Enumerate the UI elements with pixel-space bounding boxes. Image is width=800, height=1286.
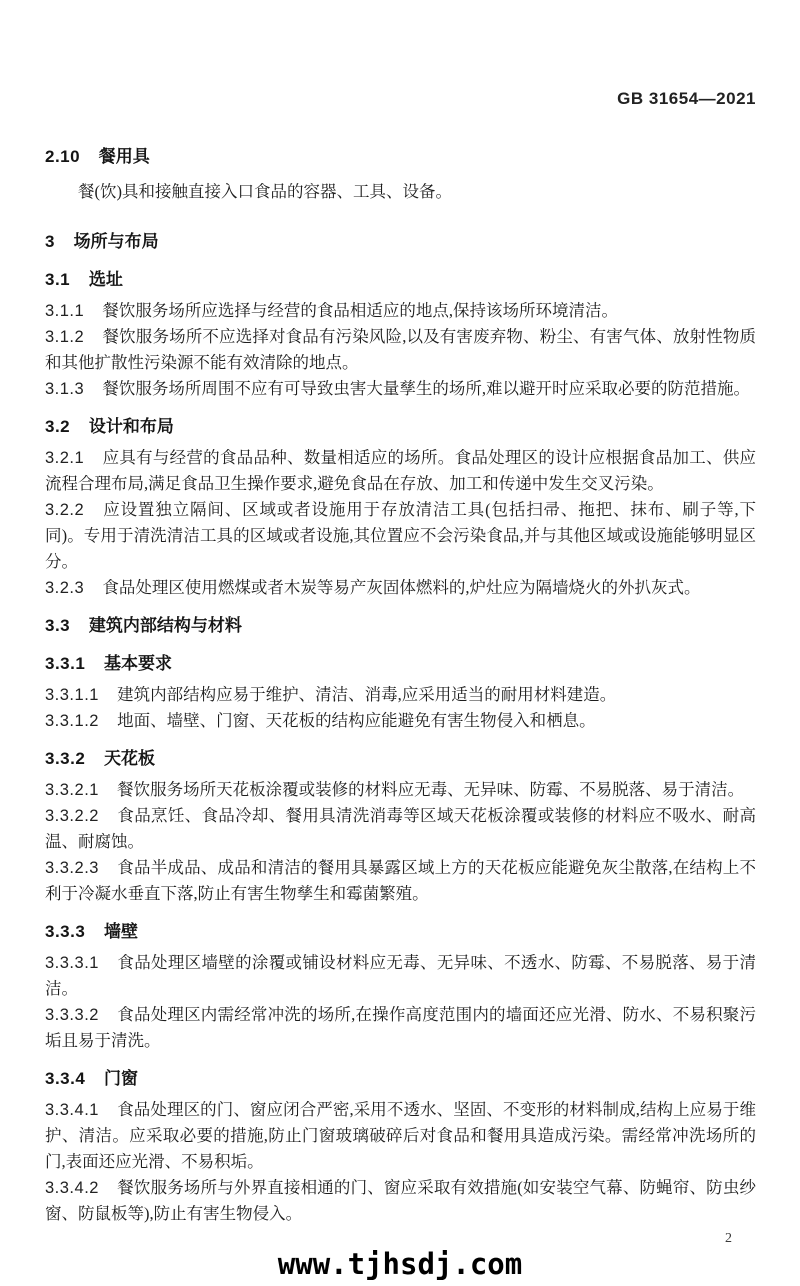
- heading-title: 设计和布局: [89, 417, 174, 436]
- clause-3-3-4-2: 3.3.4.2餐饮服务场所与外界直接相通的门、窗应采取有效措施(如安装空气幕、防…: [45, 1175, 756, 1227]
- heading-title: 场所与布局: [74, 232, 159, 251]
- heading-number: 3: [45, 232, 55, 251]
- clause-number: 3.3.1.2: [45, 712, 99, 730]
- clause-number: 3.3.4.2: [45, 1179, 99, 1197]
- clause-number: 3.3.2.2: [45, 807, 99, 825]
- heading-title: 基本要求: [104, 654, 172, 673]
- clause-number: 3.2.2: [45, 501, 84, 519]
- clause-number: 3.3.2.3: [45, 859, 99, 877]
- clause-text: 建筑内部结构应易于维护、清洁、消毒,应采用适当的耐用材料建造。: [117, 685, 616, 704]
- clause-3-2-2: 3.2.2应设置独立隔间、区域或者设施用于存放清洁工具(包括扫帚、拖把、抹布、刷…: [45, 497, 756, 575]
- heading-title: 餐用具: [99, 147, 150, 166]
- standard-number-header: GB 31654—2021: [45, 90, 756, 108]
- heading-number: 2.10: [45, 147, 80, 166]
- clause-number: 3.1.2: [45, 328, 84, 346]
- clause-3-1-3: 3.1.3餐饮服务场所周围不应有可导致虫害大量孳生的场所,难以避开时应采取必要的…: [45, 376, 756, 402]
- clause-text: 食品处理区使用燃煤或者木炭等易产灰固体燃料的,炉灶应为隔墙烧火的外扒灰式。: [102, 578, 700, 597]
- clause-text: 食品烹饪、食品冷却、餐用具清洗消毒等区域天花板涂覆或装修的材料应不吸水、耐高温、…: [45, 806, 756, 851]
- clause-3-3-4-1: 3.3.4.1食品处理区的门、窗应闭合严密,采用不透水、坚固、不变形的材料制成,…: [45, 1097, 756, 1175]
- page-content: GB 31654—2021 2.10餐用具 餐(饮)具和接触直接入口食品的容器、…: [45, 0, 756, 1249]
- clause-text: 食品处理区的门、窗应闭合严密,采用不透水、坚固、不变形的材料制成,结构上应易于维…: [45, 1100, 756, 1171]
- clause-3-3-2-1: 3.3.2.1餐饮服务场所天花板涂覆或装修的材料应无毒、无异味、防霉、不易脱落、…: [45, 777, 756, 803]
- clause-text: 餐饮服务场所与外界直接相通的门、窗应采取有效措施(如安装空气幕、防蝇帘、防虫纱窗…: [45, 1178, 756, 1223]
- clause-3-2-3: 3.2.3食品处理区使用燃煤或者木炭等易产灰固体燃料的,炉灶应为隔墙烧火的外扒灰…: [45, 575, 756, 601]
- clause-3-3-1-1: 3.3.1.1建筑内部结构应易于维护、清洁、消毒,应采用适当的耐用材料建造。: [45, 682, 756, 708]
- clause-number: 3.2.1: [45, 449, 84, 467]
- clause-number: 3.2.3: [45, 579, 84, 597]
- heading-3-3-4: 3.3.4门窗: [45, 1066, 756, 1092]
- document-page: GB 31654—2021 2.10餐用具 餐(饮)具和接触直接入口食品的容器、…: [0, 0, 800, 1286]
- clause-text: 地面、墙壁、门窗、天花板的结构应能避免有害生物侵入和栖息。: [117, 711, 596, 730]
- term-definition-paragraph: 餐(饮)具和接触直接入口食品的容器、工具、设备。: [45, 179, 756, 205]
- clause-text: 餐饮服务场所不应选择对食品有污染风险,以及有害废弃物、粉尘、有害气体、放射性物质…: [45, 327, 756, 372]
- heading-3-3: 3.3建筑内部结构与材料: [45, 613, 756, 639]
- heading-3-3-3: 3.3.3墙壁: [45, 919, 756, 945]
- heading-number: 3.3.3: [45, 922, 85, 941]
- heading-2-10: 2.10餐用具: [45, 144, 756, 170]
- clause-3-3-2-3: 3.3.2.3食品半成品、成品和清洁的餐用具暴露区域上方的天花板应能避免灰尘散落…: [45, 855, 756, 907]
- heading-3-3-2: 3.3.2天花板: [45, 746, 756, 772]
- heading-3: 3场所与布局: [45, 229, 756, 255]
- heading-number: 3.3.4: [45, 1069, 85, 1088]
- clause-number: 3.3.4.1: [45, 1101, 99, 1119]
- heading-title: 建筑内部结构与材料: [89, 616, 242, 635]
- clause-text: 食品处理区内需经常冲洗的场所,在操作高度范围内的墙面还应光滑、防水、不易积聚污垢…: [45, 1005, 756, 1050]
- heading-3-3-1: 3.3.1基本要求: [45, 651, 756, 677]
- heading-3-2: 3.2设计和布局: [45, 414, 756, 440]
- heading-number: 3.3.2: [45, 749, 85, 768]
- page-number: 2: [45, 1229, 756, 1249]
- watermark-url: www.tjhsdj.com: [0, 1248, 800, 1280]
- clause-3-2-1: 3.2.1应具有与经营的食品品种、数量相适应的场所。食品处理区的设计应根据食品加…: [45, 445, 756, 497]
- clause-text: 食品半成品、成品和清洁的餐用具暴露区域上方的天花板应能避免灰尘散落,在结构上不利…: [45, 858, 756, 903]
- clause-number: 3.3.2.1: [45, 781, 99, 799]
- clause-3-3-2-2: 3.3.2.2食品烹饪、食品冷却、餐用具清洗消毒等区域天花板涂覆或装修的材料应不…: [45, 803, 756, 855]
- clause-text: 餐饮服务场所周围不应有可导致虫害大量孳生的场所,难以避开时应采取必要的防范措施。: [102, 379, 750, 398]
- clause-number: 3.3.1.1: [45, 686, 99, 704]
- clause-text: 应具有与经营的食品品种、数量相适应的场所。食品处理区的设计应根据食品加工、供应流…: [45, 448, 756, 493]
- heading-3-1: 3.1选址: [45, 267, 756, 293]
- clause-3-3-3-2: 3.3.3.2食品处理区内需经常冲洗的场所,在操作高度范围内的墙面还应光滑、防水…: [45, 1002, 756, 1054]
- clause-text: 食品处理区墙壁的涂覆或铺设材料应无毒、无异味、不透水、防霉、不易脱落、易于清洁。: [45, 953, 756, 998]
- clause-number: 3.1.1: [45, 302, 84, 320]
- clause-text: 应设置独立隔间、区域或者设施用于存放清洁工具(包括扫帚、拖把、抹布、刷子等,下同…: [45, 500, 756, 571]
- clause-number: 3.1.3: [45, 380, 84, 398]
- clause-text: 餐饮服务场所应选择与经营的食品相适应的地点,保持该场所环境清洁。: [102, 301, 618, 320]
- clause-3-3-3-1: 3.3.3.1食品处理区墙壁的涂覆或铺设材料应无毒、无异味、不透水、防霉、不易脱…: [45, 950, 756, 1002]
- heading-number: 3.2: [45, 417, 70, 436]
- clause-3-1-2: 3.1.2餐饮服务场所不应选择对食品有污染风险,以及有害废弃物、粉尘、有害气体、…: [45, 324, 756, 376]
- heading-title: 墙壁: [104, 922, 138, 941]
- clause-number: 3.3.3.2: [45, 1006, 99, 1024]
- heading-title: 天花板: [104, 749, 155, 768]
- heading-number: 3.1: [45, 270, 70, 289]
- heading-number: 3.3.1: [45, 654, 85, 673]
- clause-number: 3.3.3.1: [45, 954, 99, 972]
- clause-3-3-1-2: 3.3.1.2地面、墙壁、门窗、天花板的结构应能避免有害生物侵入和栖息。: [45, 708, 756, 734]
- heading-number: 3.3: [45, 616, 70, 635]
- clause-3-1-1: 3.1.1餐饮服务场所应选择与经营的食品相适应的地点,保持该场所环境清洁。: [45, 298, 756, 324]
- heading-title: 门窗: [104, 1069, 138, 1088]
- heading-title: 选址: [89, 270, 123, 289]
- clause-text: 餐饮服务场所天花板涂覆或装修的材料应无毒、无异味、防霉、不易脱落、易于清洁。: [117, 780, 744, 799]
